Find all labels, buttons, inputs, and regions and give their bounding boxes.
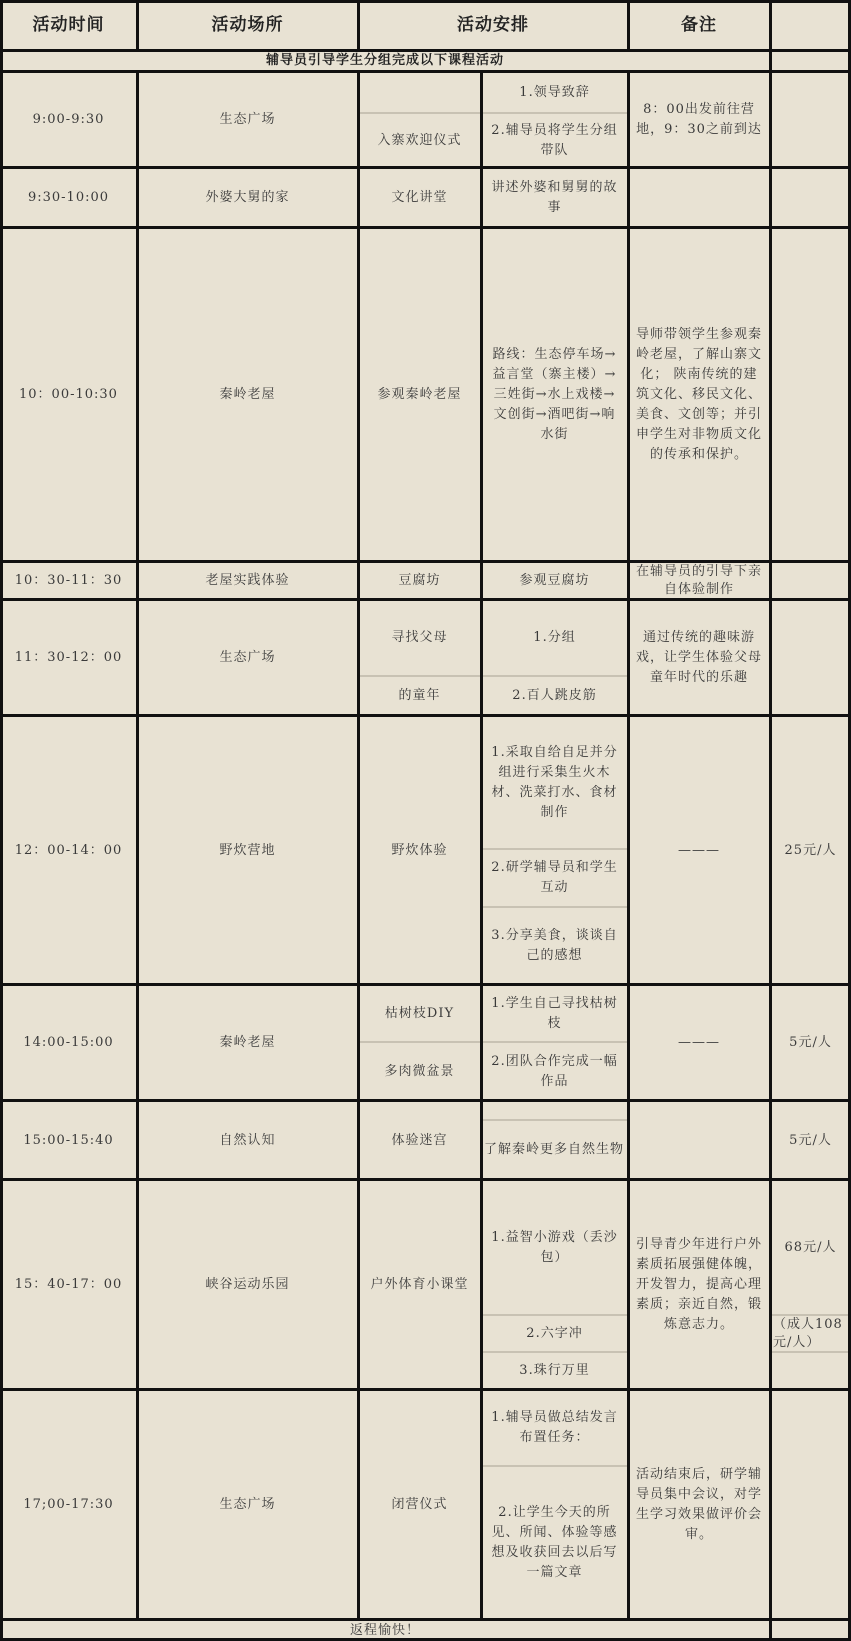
row-place: 峡谷运动乐园: [137, 1180, 358, 1390]
row-time: 9:00-9:30: [0, 72, 137, 168]
row-detail: 1.辅导员做总结发言布置任务：: [481, 1390, 628, 1466]
row-notes: ———: [628, 985, 770, 1101]
row-time: 17;00-17:30: [0, 1390, 137, 1620]
row-time: 10：00-10:30: [0, 228, 137, 562]
row-price-adult: （成人108元/人）: [770, 1315, 851, 1352]
row-place: 生态广场: [137, 72, 358, 168]
row-detail: 2.让学生今天的所见、所闻、体验等感想及收获回去以后写一篇文章: [481, 1466, 628, 1620]
row-price: 5元/人: [770, 1101, 851, 1180]
row-notes: [628, 1101, 770, 1180]
row-time: 10：30-11：30: [0, 562, 137, 600]
header-place: 活动场所: [137, 0, 358, 50]
row-notes: 8：00出发前往营地，9：30之前到达: [628, 72, 770, 168]
header-arrangement: 活动安排: [358, 0, 628, 50]
row-activity: 体验迷宫: [358, 1101, 481, 1180]
row-place: 自然认知: [137, 1101, 358, 1180]
row-notes: [628, 168, 770, 228]
row-time: 15:00-15:40: [0, 1101, 137, 1180]
row-notes: 通过传统的趣味游戏，让学生体验父母童年时代的乐趣: [628, 600, 770, 716]
row-activity: 豆腐坊: [358, 562, 481, 600]
row-detail: 1.益智小游戏（丢沙包）: [481, 1180, 628, 1315]
row-time: 14:00-15:00: [0, 985, 137, 1101]
row-place: 秦岭老屋: [137, 985, 358, 1101]
row-notes: 在辅导员的引导下亲自体验制作: [628, 562, 770, 600]
row-price: 5元/人: [770, 985, 851, 1101]
row-detail: 2.研学辅导员和学生互动: [481, 849, 628, 907]
row-detail: 2.六字冲: [481, 1315, 628, 1352]
row-detail: 1.分组: [481, 600, 628, 676]
row-place: 秦岭老屋: [137, 228, 358, 562]
row-detail: 1.领导致辞: [481, 72, 628, 113]
row-activity: [358, 72, 481, 113]
row-detail: 2.百人跳皮筋: [481, 676, 628, 716]
banner-text: 辅导员引导学生分组完成以下课程活动: [0, 50, 770, 72]
row-time: 11：30-12：00: [0, 600, 137, 716]
row-time: 15：40-17：00: [0, 1180, 137, 1390]
row-activity: 入寨欢迎仪式: [358, 113, 481, 168]
row-activity: 野炊体验: [358, 716, 481, 985]
row-detail: [481, 1101, 628, 1120]
row-detail: 2.团队合作完成一幅作品: [481, 1042, 628, 1101]
row-detail: 了解秦岭更多自然生物: [481, 1120, 628, 1180]
row-activity: 闭营仪式: [358, 1390, 481, 1620]
row-place: 野炊营地: [137, 716, 358, 985]
row-place: 生态广场: [137, 600, 358, 716]
row-place: 外婆大舅的家: [137, 168, 358, 228]
row-detail: 1.学生自己寻找枯树枝: [481, 985, 628, 1042]
row-activity: 参观秦岭老屋: [358, 228, 481, 562]
row-detail: 3.分享美食，谈谈自己的感想: [481, 907, 628, 985]
row-activity: 寻找父母: [358, 600, 481, 676]
row-time: 9:30-10:00: [0, 168, 137, 228]
row-detail: 1.采取自给自足并分组进行采集生火木材、洗菜打水、食材制作: [481, 716, 628, 849]
row-time: 12：00-14：00: [0, 716, 137, 985]
row-notes: 活动结束后，研学辅导员集中会议，对学生学习效果做评价会审。: [628, 1390, 770, 1620]
row-detail: 路线：生态停车场→益言堂（寨主楼）→三姓街→水上戏楼→文创街→酒吧街→响水街: [481, 228, 628, 562]
header-notes: 备注: [628, 0, 770, 50]
row-price: 68元/人: [770, 1180, 851, 1315]
row-notes: ———: [628, 716, 770, 985]
header-time: 活动时间: [0, 0, 137, 50]
row-activity: 枯树枝DIY: [358, 985, 481, 1042]
row-activity: 的童年: [358, 676, 481, 716]
row-detail: 讲述外婆和舅舅的故事: [481, 168, 628, 228]
row-price: 25元/人: [770, 716, 851, 985]
row-activity: 户外体育小课堂: [358, 1180, 481, 1390]
row-activity: 文化讲堂: [358, 168, 481, 228]
row-activity: 多肉微盆景: [358, 1042, 481, 1101]
row-place: 生态广场: [137, 1390, 358, 1620]
row-detail: 3.珠行万里: [481, 1352, 628, 1390]
row-detail: 参观豆腐坊: [481, 562, 628, 600]
row-detail: 2.辅导员将学生分组带队: [481, 113, 628, 168]
row-place: 老屋实践体验: [137, 562, 358, 600]
row-notes: 导师带领学生参观秦岭老屋，了解山寨文化； 陕南传统的建筑文化、移民文化、美食、文…: [628, 228, 770, 562]
schedule-table: 活动时间 活动场所 活动安排 备注 辅导员引导学生分组完成以下课程活动 9:00…: [0, 0, 851, 1641]
header-extra: [770, 0, 851, 50]
row-notes: 引导青少年进行户外素质拓展强健体魄，开发智力，提高心理素质；亲近自然，锻炼意志力…: [628, 1180, 770, 1390]
